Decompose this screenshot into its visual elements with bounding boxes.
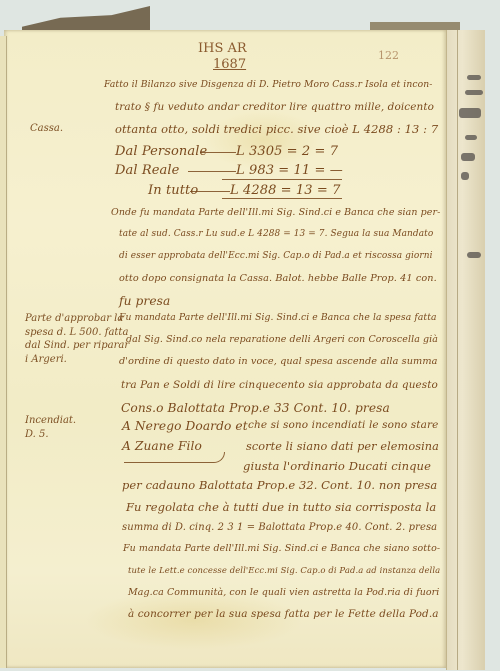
page-binding-edge <box>446 30 485 670</box>
ledger-sum-rule <box>222 179 342 180</box>
body-line: Onde fu mandata Parte dell'Ill.mi Sig. S… <box>111 208 440 217</box>
body-line: otto dopo consignata la Cassa. Balot. he… <box>119 274 437 284</box>
body-line: di esser approbata dell'Ecc.mi Sig. Cap.… <box>119 252 433 261</box>
margin-note-cassa: Cassa. <box>30 122 63 136</box>
ledger-amount-total: L 4288 = 13 = 7 <box>230 184 340 197</box>
body-line: Mag.ca Communità, con le quali vien astr… <box>128 588 439 597</box>
folio-number: 122 <box>378 50 399 61</box>
binding-fold <box>457 30 458 670</box>
margin-note-line: Incendiat. <box>25 414 76 428</box>
body-line: Cons.o Balottata Prop.e 33 Cont. 10. pre… <box>121 402 390 414</box>
ledger-amount-reale: L 983 = 11 = — <box>236 164 343 177</box>
brace-name: A Zuane Filo <box>122 440 202 452</box>
year: 1687 <box>213 58 246 71</box>
margin-note-line: dal Sind. per riparar <box>25 339 129 353</box>
body-line: dal Sig. Sind.co nela reparatione delli … <box>126 335 438 344</box>
body-line: Fu regolata che à tutti due in tutto sia… <box>126 502 436 513</box>
ink-blot <box>465 90 483 95</box>
ink-blot <box>461 172 469 180</box>
water-stain <box>204 110 324 170</box>
body-line: giusta l'ordinario Ducati cinque <box>243 461 431 473</box>
ink-blot <box>465 135 477 140</box>
body-line: d'ordine di questo dato in voce, qual sp… <box>119 357 438 367</box>
body-line: ottanta otto, soldi tredici picc. sive c… <box>115 124 438 135</box>
body-line: Fu mandata Parte dell'Ill.mi Sig. Sind.c… <box>119 313 437 322</box>
ink-blot <box>467 75 481 80</box>
brace-underline <box>124 452 225 463</box>
body-line: che si sono incendiati le sono stare <box>248 420 438 431</box>
body-line: fu presa <box>119 295 170 307</box>
torn-page-tab <box>22 6 150 32</box>
ledger-dash <box>200 152 236 153</box>
monogram: IHS AR <box>198 42 247 55</box>
body-line: scorte li siano dati per elemosina <box>246 441 439 452</box>
ledger-dash <box>190 191 230 192</box>
ink-blot <box>459 108 481 118</box>
body-line: trato § fu veduto andar creditor lire qu… <box>115 102 434 112</box>
body-line: summa di D. cinq. 2 3 1 = Balottata Prop… <box>122 523 437 533</box>
margin-note-line: D. 5. <box>25 428 76 442</box>
margin-note-line: Parte d'approbar la <box>25 312 129 326</box>
ledger-label-reale: Dal Reale <box>115 164 179 177</box>
body-line: tute le Lett.e concesse dell'Ecc.mi Sig.… <box>128 566 440 574</box>
ink-blot <box>467 252 481 258</box>
ink-blot <box>461 153 475 161</box>
brace-name: A Nerego Doardo et <box>122 420 248 432</box>
margin-note-line: spesa d. L 500. fatta <box>25 326 129 340</box>
body-line: Fu mandata Parte dell'Ill.mi Sig. Sind.c… <box>123 544 440 553</box>
margin-note-parte-approbar: Parte d'approbar la spesa d. L 500. fatt… <box>25 312 129 366</box>
margin-note-incendiati: Incendiat. D. 5. <box>25 414 76 441</box>
body-line: tate al sud. Cass.r Lu sud.e L 4288 = 13… <box>119 230 433 239</box>
body-line: Fatto il Bilanzo sive Disgenza di D. Pie… <box>104 80 432 89</box>
body-line: à concorrer per la sua spesa fatta per l… <box>128 609 439 619</box>
ledger-amount-personale: L 3305 = 2 = 7 <box>236 145 338 158</box>
margin-note-line: i Argeri. <box>25 353 129 367</box>
body-line: per cadauno Balottata Prop.e 32. Cont. 1… <box>122 480 437 491</box>
ledger-dash <box>188 171 236 172</box>
body-line: tra Pan e Soldi di lire cinquecento sia … <box>121 380 438 390</box>
previous-page-edge <box>0 36 7 668</box>
water-stain <box>84 590 304 650</box>
ledger-label-personale: Dal Personale <box>115 145 207 158</box>
ledger-total-rule <box>222 198 342 199</box>
